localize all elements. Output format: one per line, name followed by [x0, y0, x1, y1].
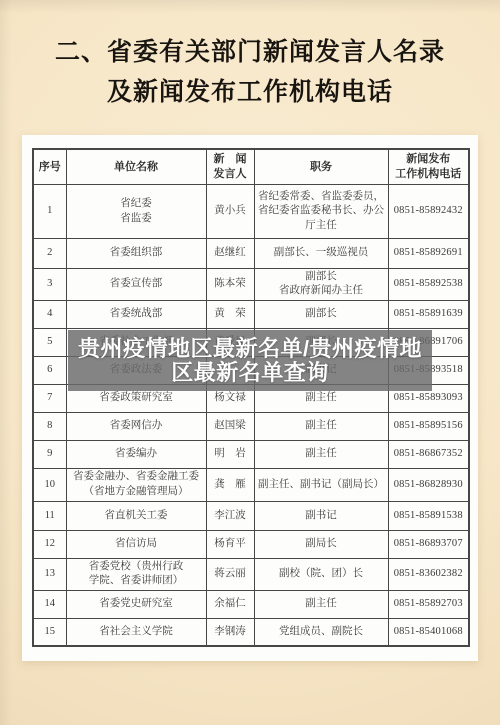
table-header: 序号 单位名称 新 闻 发言人 职务 新闻发布 工作机构电话 — [33, 149, 469, 185]
cell-unit: 省委网信办 — [66, 412, 206, 440]
cell-no: 15 — [33, 618, 66, 646]
cell-name: 黄小兵 — [206, 185, 254, 239]
cell-no: 14 — [33, 590, 66, 618]
cell-name: 蒋云丽 — [206, 558, 254, 590]
cell-phone: 0851-85891538 — [388, 501, 469, 530]
cell-no: 9 — [33, 440, 66, 468]
cell-name: 陈本荣 — [206, 269, 254, 301]
cell-position: 副部长、一级巡视员 — [254, 239, 388, 269]
table-row: 3省委宣传部陈本荣副部长 省政府新闻办主任0851-85892538 — [33, 269, 469, 301]
cell-phone: 0851-85892538 — [388, 269, 469, 301]
table-row: 4省委统战部黄 荣副部长0851-85891639 — [33, 300, 469, 328]
page-title: 二、省委有关部门新闻发言人名录 及新闻发布工作机构电话 — [0, 33, 500, 113]
cell-unit: 省社会主义学院 — [66, 618, 206, 646]
cell-position: 副主任 — [254, 412, 388, 440]
cell-phone: 0851-85891639 — [388, 300, 469, 328]
cell-no: 6 — [33, 356, 66, 384]
table-card: 序号 单位名称 新 闻 发言人 职务 新闻发布 工作机构电话 1省纪委 省监委黄… — [22, 135, 478, 661]
cell-unit: 省纪委 省监委 — [66, 185, 206, 239]
cell-phone: 0851-83602382 — [388, 558, 469, 590]
table-row: 15省社会主义学院李钢涛党组成员、副院长0851-85401068 — [33, 618, 469, 646]
cell-position: 副校（院、团）长 — [254, 558, 388, 590]
cell-position: 副主任 — [254, 440, 388, 468]
cell-unit: 省直机关工委 — [66, 501, 206, 530]
table-body: 1省纪委 省监委黄小兵省纪委常委、省监委委员，省纪委省监委秘书长、办公厅主任08… — [33, 185, 469, 647]
cell-no: 8 — [33, 412, 66, 440]
cell-no: 5 — [33, 328, 66, 356]
cell-no: 4 — [33, 300, 66, 328]
cell-name: 李钢涛 — [206, 618, 254, 646]
cell-phone: 0851-85895156 — [388, 412, 469, 440]
cell-no: 2 — [33, 239, 66, 269]
cell-unit: 省委党史研究室 — [66, 590, 206, 618]
header-spokesperson: 新 闻 发言人 — [206, 149, 254, 185]
spokesperson-table: 序号 单位名称 新 闻 发言人 职务 新闻发布 工作机构电话 1省纪委 省监委黄… — [32, 148, 470, 647]
header-row: 序号 单位名称 新 闻 发言人 职务 新闻发布 工作机构电话 — [33, 149, 469, 185]
cell-phone: 0851-85892432 — [388, 185, 469, 239]
cell-phone: 0851-86867352 — [388, 440, 469, 468]
cell-position: 副部长 — [254, 300, 388, 328]
cell-phone: 0851-86828930 — [388, 468, 469, 501]
cell-no: 3 — [33, 269, 66, 301]
watermark-line1: 贵州疫情地区最新名单/贵州疫情地 — [78, 337, 422, 361]
header-no: 序号 — [33, 149, 66, 185]
cell-unit: 省委编办 — [66, 440, 206, 468]
cell-no: 13 — [33, 558, 66, 590]
cell-phone: 0851-85401068 — [388, 618, 469, 646]
cell-position: 省纪委常委、省监委委员，省纪委省监委秘书长、办公厅主任 — [254, 185, 388, 239]
cell-unit: 省委宣传部 — [66, 269, 206, 301]
cell-position: 副局长 — [254, 530, 388, 558]
cell-phone: 0851-85892691 — [388, 239, 469, 269]
header-position: 职务 — [254, 149, 388, 185]
table-row: 14省委党史研究室余福仁副主任0851-85892703 — [33, 590, 469, 618]
cell-phone: 0851-86893707 — [388, 530, 469, 558]
header-unit: 单位名称 — [66, 149, 206, 185]
watermark-overlay: 贵州疫情地区最新名单/贵州疫情地 区最新名单查询 — [68, 330, 432, 391]
table-row: 1省纪委 省监委黄小兵省纪委常委、省监委委员，省纪委省监委秘书长、办公厅主任08… — [33, 185, 469, 239]
cell-unit: 省委统战部 — [66, 300, 206, 328]
cell-unit: 省委组织部 — [66, 239, 206, 269]
cell-position: 副书记 — [254, 501, 388, 530]
cell-name: 赵继红 — [206, 239, 254, 269]
cell-name: 明 岩 — [206, 440, 254, 468]
cell-name: 杨育平 — [206, 530, 254, 558]
table-row: 11省直机关工委李江波副书记0851-85891538 — [33, 501, 469, 530]
cell-no: 11 — [33, 501, 66, 530]
watermark-line2: 区最新名单查询 — [171, 361, 329, 385]
cell-unit: 省委金融办、省委金融工委 （省地方金融管理局） — [66, 468, 206, 501]
table-row: 12省信访局杨育平副局长0851-86893707 — [33, 530, 469, 558]
cell-position: 党组成员、副院长 — [254, 618, 388, 646]
cell-position: 副主任、副书记（副局长） — [254, 468, 388, 501]
table-row: 13省委党校（贵州行政 学院、省委讲师团）蒋云丽副校（院、团）长0851-836… — [33, 558, 469, 590]
page-title-line1: 二、省委有关部门新闻发言人名录 — [0, 33, 500, 73]
cell-name: 黄 荣 — [206, 300, 254, 328]
cell-no: 10 — [33, 468, 66, 501]
cell-name: 赵国梁 — [206, 412, 254, 440]
cell-phone: 0851-85892703 — [388, 590, 469, 618]
header-phone: 新闻发布 工作机构电话 — [388, 149, 469, 185]
cell-position: 副主任 — [254, 590, 388, 618]
page-title-line2: 及新闻发布工作机构电话 — [0, 73, 500, 113]
cell-position: 副部长 省政府新闻办主任 — [254, 269, 388, 301]
cell-name: 余福仁 — [206, 590, 254, 618]
table-row: 2省委组织部赵继红副部长、一级巡视员0851-85892691 — [33, 239, 469, 269]
table-row: 8省委网信办赵国梁副主任0851-85895156 — [33, 412, 469, 440]
cell-unit: 省委党校（贵州行政 学院、省委讲师团） — [66, 558, 206, 590]
cell-no: 12 — [33, 530, 66, 558]
screenshot-root: { "page": { "title_line1": "二、省委有关部门新闻发言… — [0, 0, 500, 725]
table-row: 9省委编办明 岩副主任0851-86867352 — [33, 440, 469, 468]
cell-name: 龚 雁 — [206, 468, 254, 501]
cell-no: 7 — [33, 384, 66, 412]
cell-no: 1 — [33, 185, 66, 239]
table-row: 10省委金融办、省委金融工委 （省地方金融管理局）龚 雁副主任、副书记（副局长）… — [33, 468, 469, 501]
cell-name: 李江波 — [206, 501, 254, 530]
cell-unit: 省信访局 — [66, 530, 206, 558]
